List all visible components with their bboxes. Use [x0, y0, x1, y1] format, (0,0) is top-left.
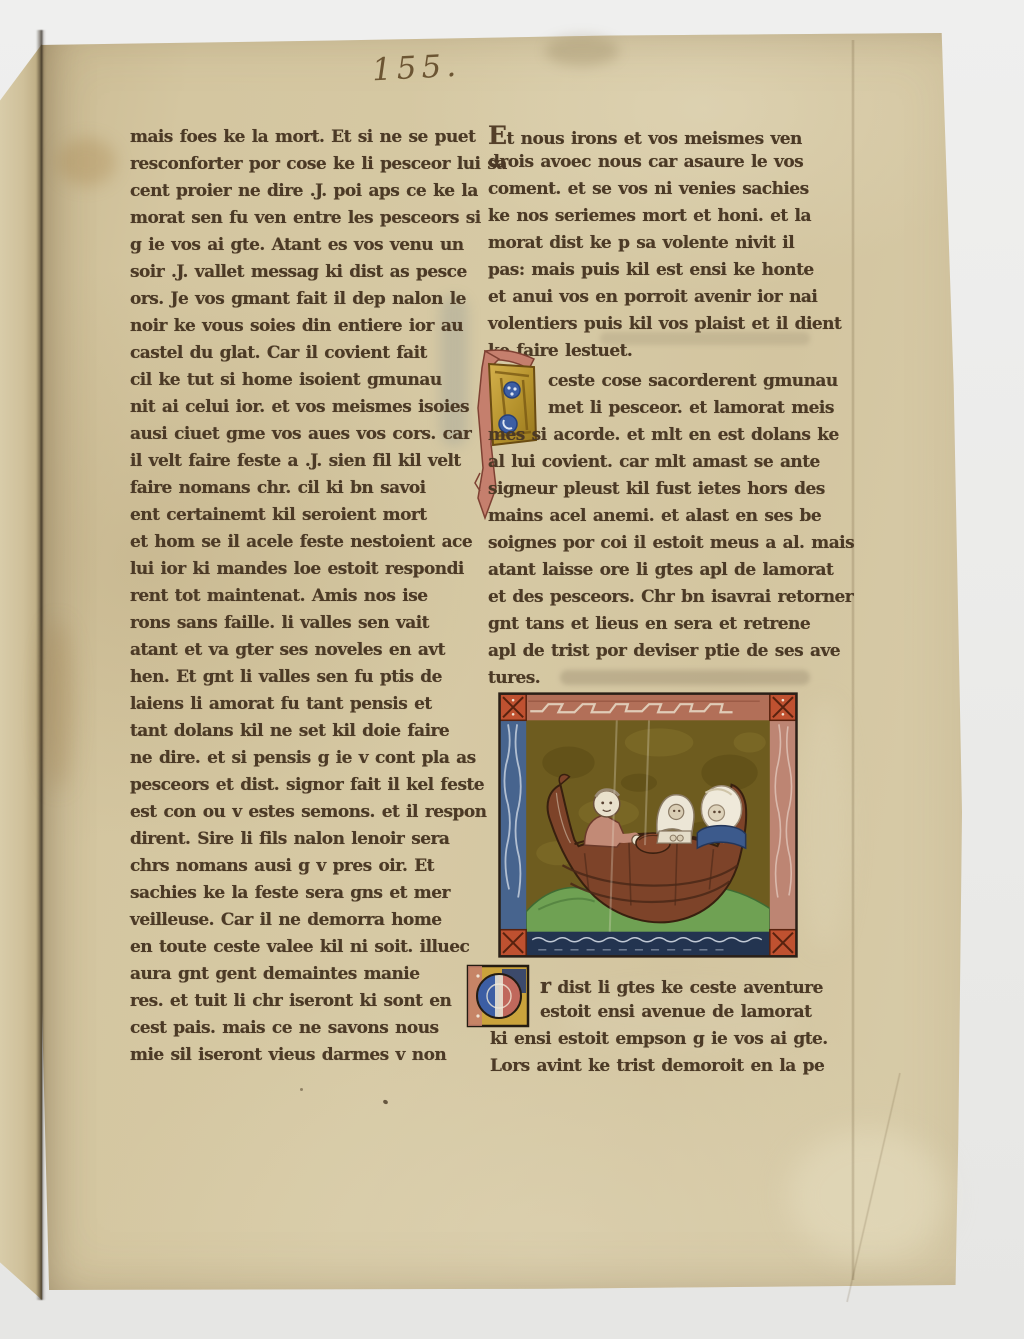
text-line: tures. [488, 665, 854, 692]
text-line: atant et va gter ses noveles en avt [130, 637, 507, 664]
right-text-column-paragraph-3: ki ensi estoit empson g ie vos ai gte.Lo… [490, 1026, 828, 1080]
text-line: et hom se il acele feste nestoient ace [130, 529, 507, 556]
initial-o-artwork [466, 964, 532, 1030]
text-line: pas: mais puis kil est ensi ke honte [488, 257, 841, 284]
text-line: hen. Et gnt li valles sen fu ptis de [130, 664, 507, 691]
right-text-column-paragraph-2: mes si acorde. et mlt en est dolans keal… [488, 422, 854, 692]
left-text-column: mais foes ke la mort. Et si ne se puetre… [130, 124, 507, 1069]
text-line: mie sil iseront vieus darmes v non [130, 1042, 507, 1069]
text-line: soir .J. vallet messag ki dist as pesce [130, 259, 507, 286]
frame-right-band [770, 720, 796, 929]
text-line: nit ai celui ior. et vos meismes isoies [130, 394, 507, 421]
text-line: res. et tuit li chr iseront ki sont en [130, 988, 507, 1015]
text-line: drois avoec nous car asaure le vos [488, 149, 841, 176]
text-line: cil ke tut si home isoient gmunau [130, 367, 507, 394]
text-line: cent proier ne dire .J. poi aps ce ke la [130, 178, 507, 205]
right-text-column-paragraph-2-indent: ceste cose sacorderent gmunaumet li pesc… [548, 368, 838, 422]
text-line: lui ior ki mandes loe estoit respondi [130, 556, 507, 583]
text-line: et anui vos en porroit avenir ior nai [488, 284, 841, 311]
text-line: volentiers puis kil vos plaist et il die… [488, 311, 841, 338]
right-text-column-paragraph-3-indent: r dist li gtes ke ceste aventureestoit e… [540, 972, 823, 1026]
text-line: Et nous irons et vos meismes ven [488, 122, 841, 149]
text-line: signeur pleust kil fust ietes hors des [488, 476, 854, 503]
text-line: chrs nomans ausi g v pres oir. Et [130, 853, 507, 880]
text-line: ausi ciuet gme vos aues vos cors. car [130, 421, 507, 448]
page-number: 155. [371, 48, 462, 89]
text-line: ki ensi estoit empson g ie vos ai gte. [490, 1026, 828, 1053]
text-line: noir ke vous soies din entiere ior au [130, 313, 507, 340]
text-line: rent tot maintenat. Amis nos ise [130, 583, 507, 610]
text-line: laiens li amorat fu tant pensis et [130, 691, 507, 718]
text-line: morat sen fu ven entre les pesceors si [130, 205, 507, 232]
text-line: ceste cose sacorderent gmunau [548, 368, 838, 395]
text-line: mes si acorde. et mlt en est dolans ke [488, 422, 854, 449]
text-line: g ie vos ai gte. Atant es vos venu un [130, 232, 507, 259]
text-line: coment. et se vos ni venies sachies [488, 176, 841, 203]
text-line: et des pesceors. Chr bn isavrai retorner [488, 584, 854, 611]
text-line: rons sans faille. li valles sen vait [130, 610, 507, 637]
water-band [526, 932, 770, 956]
miniature-artwork [498, 692, 798, 958]
text-line: ke faire lestuet. [488, 338, 841, 365]
text-line: resconforter por cose ke li pesceor lui … [130, 151, 507, 178]
text-line: veilleuse. Car il ne demorra home [130, 907, 507, 934]
frame-left-band [500, 720, 526, 929]
text-line: est con ou v estes semons. et il respon [130, 799, 507, 826]
text-line: ors. Je vos gmant fait il dep nalon le [130, 286, 507, 313]
text-line: aura gnt gent demaintes manie [130, 961, 507, 988]
text-line: faire nomans chr. cil ki bn savoi [130, 475, 507, 502]
text-line: mais foes ke la mort. Et si ne se puet [130, 124, 507, 151]
text-line: cest pais. mais ce ne savons nous [130, 1015, 507, 1042]
text-line: atant laisse ore li gtes apl de lamorat [488, 557, 854, 584]
text-line: ke nos seriemes mort et honi. et la [488, 203, 841, 230]
text-line: pesceors et dist. signor fait il kel fes… [130, 772, 507, 799]
text-line: Lors avint ke trist demoroit en la pe [490, 1053, 828, 1080]
figure-right [697, 786, 745, 848]
text-line: ne dire. et si pensis g ie v cont pla as [130, 745, 507, 772]
text-line: castel du glat. Car il covient fait [130, 340, 507, 367]
text-line: dirent. Sire li fils nalon lenoir sera [130, 826, 507, 853]
text-line: tant dolans kil ne set kil doie faire [130, 718, 507, 745]
ink-speck [300, 1088, 303, 1091]
text-line: al lui covient. car mlt amast se ante [488, 449, 854, 476]
text-line: apl de trist por deviser ptie de ses ave [488, 638, 854, 665]
gutter-crease [36, 30, 46, 1300]
text-line: en toute ceste valee kil ni soit. illuec [130, 934, 507, 961]
illuminated-initial-o [466, 964, 532, 1030]
text-line: morat dist ke p sa volente nivit il [488, 230, 841, 257]
right-text-column-paragraph-1: Et nous irons et vos meismes vendrois av… [488, 122, 841, 365]
figure-middle [657, 795, 694, 843]
text-line: met li pesceor. et lamorat meis [548, 395, 838, 422]
text-line: il velt faire feste a .J. sien fil kil v… [130, 448, 507, 475]
text-line: sachies ke la feste sera gns et mer [130, 880, 507, 907]
text-line: gnt tans et lieus en sera et retrene [488, 611, 854, 638]
text-line: r dist li gtes ke ceste aventure [540, 972, 823, 999]
text-line: soignes por coi il estoit meus a al. mai… [488, 530, 854, 557]
text-line: estoit ensi avenue de lamorat [540, 999, 823, 1026]
text-line: mains acel anemi. et alast en ses be [488, 503, 854, 530]
boat-scene-miniature [498, 692, 798, 958]
text-line: ent certainemt kil seroient mort [130, 502, 507, 529]
